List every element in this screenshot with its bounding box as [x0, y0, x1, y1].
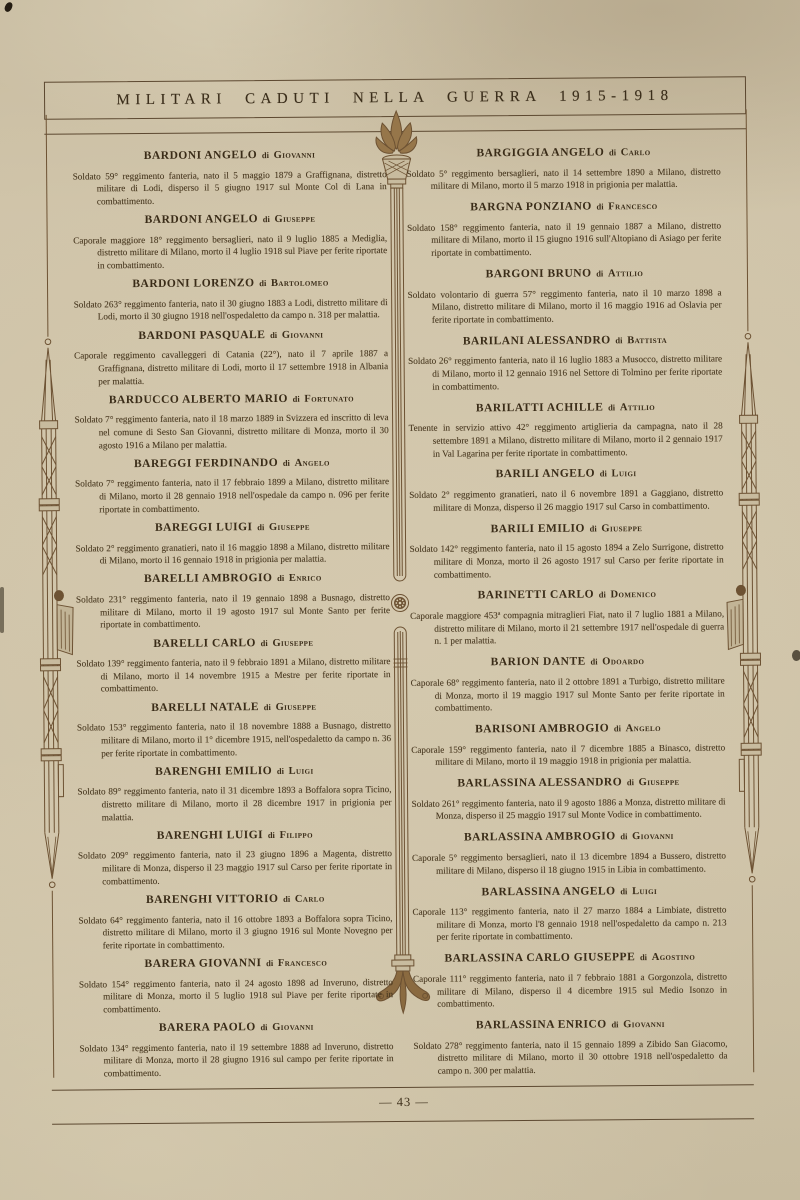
- casualty-record-text: Soldato 139° reggimento fanteria, nato i…: [76, 655, 390, 696]
- casualty-name-heading: BARINETTI CARLO di Domenico: [410, 582, 724, 605]
- father-name: Carlo: [295, 894, 325, 905]
- casualty-record-text: Caporale reggimento cavalleggeri di Cata…: [74, 347, 388, 388]
- casualty-record-text: Tenente in servizio attivo 42° reggiment…: [409, 420, 723, 461]
- father-name: Luigi: [611, 469, 636, 480]
- father-name: Domenico: [610, 589, 656, 600]
- footer-rule-bottom: [52, 1118, 754, 1125]
- casualty-name-heading: BARLASSINA ENRICO di Giovanni: [413, 1012, 727, 1035]
- father-name: Giovanni: [282, 329, 324, 340]
- casualty-entry: BARELLI NATALE di Giuseppe Soldato 153° …: [77, 694, 391, 760]
- surname-given-name: BARILI ANGELO: [496, 468, 596, 481]
- surname-given-name: BARILANI ALESSANDRO: [463, 334, 611, 347]
- casualty-name-heading: BARERA GIOVANNI di Francesco: [79, 950, 393, 973]
- name-particle: di: [627, 777, 634, 787]
- page-sheet: MILITARI CADUTI NELLA GUERRA 1915-1918: [0, 0, 800, 1200]
- column-shaft-lower: [393, 627, 410, 955]
- name-particle: di: [600, 469, 607, 479]
- casualty-name-heading: BARDONI LORENZO di Bartolomeo: [73, 270, 387, 293]
- casualty-record-text: Soldato 89° reggimento fanteria, nato il…: [77, 783, 391, 824]
- father-name: Francesco: [278, 958, 327, 969]
- name-particle: di: [262, 150, 269, 160]
- casualty-entry: BARDONI ANGELO di Giovanni Soldato 59° r…: [72, 142, 386, 208]
- casualty-entry: BARLASSINA CARLO GIUSEPPE di Agostino Ca…: [413, 945, 727, 1011]
- casualty-name-heading: BARDONI ANGELO di Giuseppe: [73, 206, 387, 229]
- surname-given-name: BARION DANTE: [491, 656, 586, 669]
- name-particle: di: [590, 523, 597, 533]
- casualty-record-text: Soldato 261° reggimento fanteria, nato i…: [412, 795, 726, 823]
- column-shaft-upper: [391, 188, 406, 581]
- name-particle: di: [277, 766, 284, 776]
- casualty-entry: BARENGHI VITTORIO di Carlo Soldato 64° r…: [78, 886, 392, 952]
- casualty-name-heading: BAREGGI LUIGI di Giuseppe: [75, 514, 389, 537]
- name-particle: di: [596, 268, 603, 278]
- father-name: Francesco: [608, 201, 657, 212]
- surname-given-name: BARISONI AMBROGIO: [475, 722, 609, 735]
- fasces-left-ornament: [22, 115, 78, 1080]
- father-name: Fortunato: [304, 393, 354, 404]
- surname-given-name: BARERA GIOVANNI: [144, 957, 261, 970]
- name-particle: di: [268, 830, 275, 840]
- casualty-entry: BARLASSINA ANGELO di Luigi Caporale 113°…: [412, 878, 726, 944]
- father-name: Giuseppe: [639, 777, 680, 788]
- casualty-record-text: Soldato 209° reggimento fanteria, nato i…: [78, 847, 392, 888]
- surname-given-name: BARGONI BRUNO: [486, 267, 592, 280]
- casualty-entry: BAREGGI LUIGI di Giuseppe Soldato 2° reg…: [75, 514, 389, 567]
- surname-given-name: BARENGHI EMILIO: [155, 765, 272, 778]
- name-particle: di: [590, 657, 597, 667]
- name-particle: di: [640, 952, 647, 962]
- casualty-record-text: Soldato 278° reggimento fanteria, nato i…: [413, 1037, 727, 1078]
- casualty-name-heading: BARILI ANGELO di Luigi: [409, 461, 723, 484]
- father-name: Carlo: [621, 147, 651, 158]
- page-number-label: — 43 —: [4, 1092, 800, 1113]
- page-title: MILITARI CADUTI NELLA GUERRA 1915-1918: [116, 87, 673, 108]
- casualty-name-heading: BARERA PAOLO di Giovanni: [79, 1014, 393, 1037]
- surname-given-name: BARDONI LORENZO: [132, 277, 254, 290]
- name-particle: di: [259, 278, 266, 288]
- casualty-name-heading: BARDONI ANGELO di Giovanni: [72, 142, 386, 165]
- father-name: Giuseppe: [601, 523, 642, 534]
- father-name: Attilio: [608, 268, 643, 279]
- father-name: Enrico: [289, 573, 322, 584]
- column-right: BARGIGGIA ANGELO di Carlo Soldato 5° reg…: [406, 139, 727, 1077]
- casualty-entry: BARELLI AMBROGIO di Enrico Soldato 231° …: [76, 565, 390, 631]
- casualty-entry: BARDONI PASQUALE di Giovanni Caporale re…: [74, 322, 388, 388]
- surname-given-name: BARLASSINA ALESSANDRO: [457, 776, 622, 789]
- casualty-entry: BARGONI BRUNO di Attilio Soldato volonta…: [407, 260, 721, 326]
- casualty-entry: BARERA GIOVANNI di Francesco Soldato 154…: [79, 950, 393, 1016]
- casualty-entry: BARGIGGIA ANGELO di Carlo Soldato 5° reg…: [406, 139, 720, 192]
- surname-given-name: BARELLI NATALE: [151, 701, 259, 714]
- casualty-name-heading: BARLASSINA ALESSANDRO di Giuseppe: [411, 770, 725, 793]
- name-particle: di: [260, 1022, 267, 1032]
- name-particle: di: [283, 894, 290, 904]
- banner-pennant: [54, 591, 73, 655]
- casualty-record-text: Soldato 263° reggimento fanteria, nato i…: [74, 296, 388, 324]
- casualty-record-text: Soldato 2° reggimento granatieri, nato i…: [409, 486, 723, 514]
- casualty-record-text: Caporale maggiore 18° reggimento bersagl…: [73, 232, 387, 273]
- name-particle: di: [263, 214, 270, 224]
- casualty-entry: BARILI EMILIO di Giuseppe Soldato 142° r…: [409, 515, 723, 581]
- surname-given-name: BAREGGI FERDINANDO: [134, 457, 278, 470]
- casualty-entry: BARELLI CARLO di Giuseppe Soldato 139° r…: [76, 630, 390, 696]
- footer-rule-top: [52, 1084, 754, 1091]
- surname-given-name: BARILI EMILIO: [491, 522, 585, 535]
- casualty-name-heading: BARLASSINA CARLO GIUSEPPE di Agostino: [413, 945, 727, 968]
- banner-pennant: [727, 585, 746, 649]
- name-particle: di: [608, 402, 615, 412]
- casualty-record-text: Soldato 26° reggimento fanteria, nato il…: [408, 353, 722, 394]
- casualty-name-heading: BARELLI NATALE di Giuseppe: [77, 694, 391, 717]
- casualty-name-heading: BARLASSINA AMBROGIO di Giovanni: [412, 824, 726, 847]
- casualty-record-text: Soldato 7° reggimento fanteria, nato il …: [75, 411, 389, 452]
- casualty-name-heading: BARISONI AMBROGIO di Angelo: [411, 716, 725, 739]
- surname-given-name: BARLASSINA CARLO GIUSEPPE: [444, 951, 635, 964]
- casualty-record-text: Soldato 5° reggimento bersaglieri, nato …: [407, 165, 721, 193]
- surname-given-name: BAREGGI LUIGI: [155, 521, 253, 534]
- name-particle: di: [614, 723, 621, 733]
- surname-given-name: BARLASSINA AMBROGIO: [464, 831, 616, 844]
- surname-given-name: BARENGHI VITTORIO: [146, 893, 278, 906]
- fasces-right-ornament: [722, 109, 778, 1074]
- father-name: Filippo: [280, 830, 313, 841]
- casualty-record-text: Soldato 153° reggimento fanteria, nato i…: [77, 719, 391, 760]
- name-particle: di: [270, 330, 277, 340]
- surname-given-name: BARLASSINA ENRICO: [476, 1019, 607, 1032]
- casualty-name-heading: BARENGHI LUIGI di Filippo: [78, 822, 392, 845]
- surname-given-name: BARGNA PONZIANO: [470, 201, 592, 214]
- surname-given-name: BARELLI CARLO: [153, 637, 256, 650]
- surname-given-name: BARILATTI ACHILLE: [476, 401, 604, 414]
- name-particle: di: [620, 886, 627, 896]
- casualty-name-heading: BARGONI BRUNO di Attilio: [407, 260, 721, 283]
- casualty-name-heading: BARELLI CARLO di Giuseppe: [76, 630, 390, 653]
- casualty-record-text: Soldato 64° reggimento fanteria, nato il…: [78, 912, 392, 953]
- casualty-entry: BARENGHI LUIGI di Filippo Soldato 209° r…: [78, 822, 392, 888]
- casualty-entry: BARILI ANGELO di Luigi Soldato 2° reggim…: [409, 461, 723, 514]
- fasces-icon: [22, 115, 78, 1080]
- name-particle: di: [596, 202, 603, 212]
- casualty-record-text: Caporale 159° reggimento fanteria, nato …: [411, 741, 725, 769]
- surname-given-name: BARERA PAOLO: [159, 1021, 256, 1034]
- casualty-name-heading: BARILANI ALESSANDRO di Battista: [408, 327, 722, 350]
- father-name: Giovanni: [272, 1022, 314, 1033]
- casualty-record-text: Soldato 2° reggimento granatieri, nato i…: [76, 540, 390, 568]
- surname-given-name: BARELLI AMBROGIO: [144, 572, 273, 585]
- name-particle: di: [264, 702, 271, 712]
- father-name: Angelo: [626, 723, 661, 734]
- casualty-entry: BARENGHI EMILIO di Luigi Soldato 89° reg…: [77, 758, 391, 824]
- casualty-record-text: Soldato 7° reggimento fanteria, nato il …: [75, 476, 389, 517]
- name-particle: di: [293, 394, 300, 404]
- casualty-name-heading: BARELLI AMBROGIO di Enrico: [76, 565, 390, 588]
- father-name: Giovanni: [632, 831, 674, 842]
- surname-given-name: BARENGHI LUIGI: [157, 829, 263, 842]
- casualty-entry: BARGNA PONZIANO di Francesco Soldato 158…: [407, 194, 721, 260]
- name-particle: di: [620, 832, 627, 842]
- casualty-record-text: Soldato 158° reggimento fanteria, nato i…: [407, 219, 721, 260]
- father-name: Luigi: [632, 885, 657, 896]
- name-particle: di: [599, 590, 606, 600]
- name-particle: di: [277, 573, 284, 583]
- casualty-name-heading: BARLASSINA ANGELO di Luigi: [412, 878, 726, 901]
- casualty-record-text: Soldato 134° reggimento fanteria, nato i…: [79, 1040, 393, 1081]
- casualty-entry: BARDUCCO ALBERTO MARIO di Fortunato Sold…: [74, 386, 388, 452]
- surname-given-name: BARLASSINA ANGELO: [481, 885, 615, 898]
- casualty-entry: BARION DANTE di Odoardo Caporale 68° reg…: [410, 649, 724, 715]
- rosette-ornament: [391, 594, 408, 611]
- father-name: Giuseppe: [274, 214, 315, 225]
- casualty-record-text: Soldato 142° reggimento fanteria, nato i…: [410, 541, 724, 582]
- casualty-name-heading: BARDONI PASQUALE di Giovanni: [74, 322, 388, 345]
- casualty-entry: BARILANI ALESSANDRO di Battista Soldato …: [408, 327, 722, 393]
- surname-given-name: BARGIGGIA ANGELO: [476, 146, 604, 159]
- casualty-record-text: Caporale 111° reggimento fanteria, nato …: [413, 970, 727, 1011]
- casualty-name-heading: BARILI EMILIO di Giuseppe: [409, 515, 723, 538]
- name-particle: di: [261, 638, 268, 648]
- casualty-name-heading: BARION DANTE di Odoardo: [410, 649, 724, 672]
- name-particle: di: [609, 147, 616, 157]
- casualty-entry: BARLASSINA ALESSANDRO di Giuseppe Soldat…: [411, 770, 725, 823]
- casualty-entry: BARDONI ANGELO di Giuseppe Caporale magg…: [73, 206, 387, 272]
- surname-given-name: BARDONI ANGELO: [145, 213, 258, 226]
- surname-given-name: BARDONI PASQUALE: [138, 329, 265, 342]
- surname-given-name: BARDUCCO ALBERTO MARIO: [109, 393, 288, 406]
- name-particle: di: [257, 522, 264, 532]
- name-particle: di: [615, 335, 622, 345]
- scanned-page-background: MILITARI CADUTI NELLA GUERRA 1915-1918: [0, 0, 800, 1200]
- casualty-entry: BARINETTI CARLO di Domenico Caporale mag…: [410, 582, 724, 648]
- father-name: Giovanni: [623, 1019, 665, 1030]
- casualty-record-text: Soldato volontario di guerra 57° reggime…: [408, 286, 722, 327]
- name-particle: di: [266, 958, 273, 968]
- father-name: Angelo: [295, 457, 330, 468]
- casualty-name-heading: BARDUCCO ALBERTO MARIO di Fortunato: [74, 386, 388, 409]
- casualty-name-heading: BARILATTI ACHILLE di Attilio: [408, 394, 722, 417]
- surname-given-name: BARDONI ANGELO: [144, 149, 257, 162]
- fasces-icon: [722, 109, 778, 1074]
- casualty-entry: BARERA PAOLO di Giovanni Soldato 134° re…: [79, 1014, 393, 1080]
- father-name: Bartolomeo: [271, 278, 329, 289]
- casualty-record-text: Caporale 5° reggimento bersaglieri, nato…: [412, 849, 726, 877]
- casualty-record-text: Caporale 113° reggimento fanteria, nato …: [412, 904, 726, 945]
- father-name: Agostino: [652, 952, 696, 963]
- casualty-entry: BARLASSINA ENRICO di Giovanni Soldato 27…: [413, 1012, 727, 1078]
- casualty-record-text: Caporale 68° reggimento fanteria, nato i…: [411, 674, 725, 715]
- title-underline-rule: [44, 128, 746, 135]
- column-left: BARDONI ANGELO di Giovanni Soldato 59° r…: [72, 142, 393, 1080]
- father-name: Giuseppe: [269, 522, 310, 533]
- father-name: Luigi: [289, 765, 314, 776]
- casualty-name-heading: BAREGGI FERDINANDO di Angelo: [75, 450, 389, 473]
- casualty-entry: BAREGGI FERDINANDO di Angelo Soldato 7° …: [75, 450, 389, 516]
- casualty-name-heading: BARGIGGIA ANGELO di Carlo: [406, 139, 720, 162]
- casualty-record-text: Soldato 154° reggimento fanteria, nato i…: [79, 976, 393, 1017]
- casualty-entry: BARILATTI ACHILLE di Attilio Tenente in …: [408, 394, 722, 460]
- father-name: Giuseppe: [275, 701, 316, 712]
- name-particle: di: [283, 458, 290, 468]
- casualty-name-heading: BARENGHI VITTORIO di Carlo: [78, 886, 392, 909]
- casualty-name-heading: BARGNA PONZIANO di Francesco: [407, 194, 721, 217]
- casualty-entry: BARISONI AMBROGIO di Angelo Caporale 159…: [411, 716, 725, 769]
- father-name: Battista: [627, 335, 667, 346]
- casualty-entry: BARLASSINA AMBROGIO di Giovanni Caporale…: [412, 824, 726, 877]
- father-name: Attilio: [620, 402, 655, 413]
- father-name: Giuseppe: [272, 637, 313, 648]
- surname-given-name: BARINETTI CARLO: [478, 589, 595, 602]
- casualty-name-heading: BARENGHI EMILIO di Luigi: [77, 758, 391, 781]
- casualty-record-text: Soldato 59° reggimento fanteria, nato il…: [73, 168, 387, 209]
- casualty-entry: BARDONI LORENZO di Bartolomeo Soldato 26…: [73, 270, 387, 323]
- casualty-record-text: Soldato 231° reggimento fanteria, nato i…: [76, 591, 390, 632]
- title-box: MILITARI CADUTI NELLA GUERRA 1915-1918: [44, 76, 746, 120]
- father-name: Odoardo: [602, 656, 644, 667]
- casualty-record-text: Caporale maggiore 453ª compagnia mitragl…: [410, 607, 724, 648]
- father-name: Giovanni: [274, 150, 316, 161]
- name-particle: di: [611, 1019, 618, 1029]
